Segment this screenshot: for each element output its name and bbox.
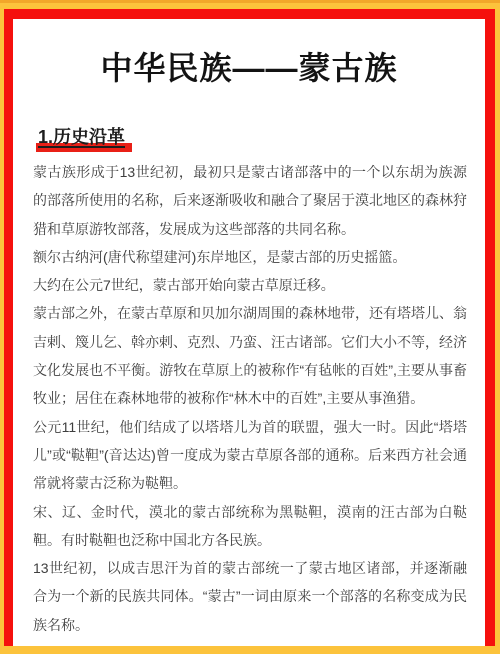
section-heading: 1.历史沿革 <box>38 123 125 149</box>
page-title: 中华民族——蒙古族 <box>13 49 485 87</box>
paragraph-origin-of-name: 蒙古族形成于13世纪初，最初只是蒙古诸部落中的一个以东胡为族源的部落所使用的名称… <box>33 158 467 243</box>
paragraph-11th-century-alliance: 公元11世纪，他们结成了以塔塔儿为首的联盟，强大一时。因此“塔塔儿”或“鞑靼”(… <box>33 413 467 498</box>
paragraph-song-liao-jin: 宋、辽、金时代，漠北的蒙古部统称为黑鞑靼，漠南的汪古部为白鞑靼。有时鞑靼也泛称中… <box>33 498 467 555</box>
outer-border-top-edge <box>0 0 500 3</box>
paragraph-ergune-river: 额尔古纳河(唐代称望建河)东岸地区，是蒙古部的历史摇篮。 <box>33 243 467 271</box>
paragraph-other-tribes: 蒙古部之外，在蒙古草原和贝加尔湖周围的森林地带，还有塔塔儿、翁吉剌、篾儿乞、斡亦… <box>33 299 467 412</box>
section-heading-label: 1.历史沿革 <box>38 127 125 147</box>
section-heading-row: 1.历史沿革 <box>38 123 485 147</box>
article-body: 蒙古族形成于13世纪初，最初只是蒙古诸部落中的一个以东胡为族源的部落所使用的名称… <box>33 158 467 639</box>
paragraph-7th-century-migration: 大约在公元7世纪，蒙古部开始向蒙古草原迁移。 <box>33 271 467 299</box>
paragraph-genghis-khan-unification: 13世纪初，以成吉思汗为首的蒙古部统一了蒙古地区诸部，并逐渐融合为一个新的民族共… <box>33 554 467 639</box>
document-page: 中华民族——蒙古族 1.历史沿革 蒙古族形成于13世纪初，最初只是蒙古诸部落中的… <box>4 9 495 646</box>
